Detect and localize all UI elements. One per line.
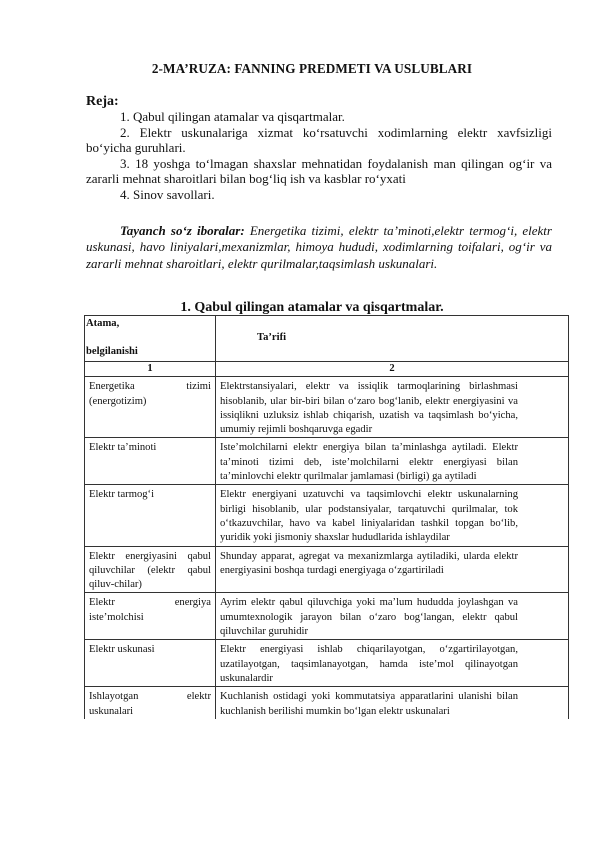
term-cell: Ishlayotgan elektr uskunalari	[85, 687, 216, 719]
definition-cell: Iste’molchilarni elektr energiya bilan t…	[216, 438, 569, 485]
table-row: Elektr ta’minoti Iste’molchilarni elektr…	[85, 438, 569, 485]
term-cell: Elektr energiya iste’molchisi	[85, 593, 216, 640]
term-cell: Elektr tarmog‘i	[85, 485, 216, 546]
header-term: Atama, belgilanishi	[85, 316, 216, 362]
definition-cell: Elektr energiyasi ishlab chiqarilayotgan…	[216, 640, 569, 687]
table-row: Elektr uskunasi Elektr energiyasi ishlab…	[85, 640, 569, 687]
term-cell: Elektr uskunasi	[85, 640, 216, 687]
plan-item: 2. Elektr uskunalariga xizmat ko‘rsatuvc…	[86, 125, 552, 156]
term-cell: Elektr energiyasini qabul qiluvchilar (e…	[85, 546, 216, 593]
definition-cell: Elektrstansiyalari, elektr va issiqlik t…	[216, 377, 569, 438]
lecture-title: 2-MA’RUZA: FANNING PREDMETI VA USLUBLARI	[0, 61, 596, 77]
table-row: Elektr tarmog‘i Elektr energiyani uzatuv…	[85, 485, 569, 546]
column-number: 1	[85, 362, 216, 377]
term-cell: Energetika tizimi (energotizim)	[85, 377, 216, 438]
plan-item: 3. 18 yoshga to‘lmagan shaxslar mehnatid…	[86, 156, 552, 187]
definition-cell: Shunday apparat, agregat va mexanizmlarg…	[216, 546, 569, 593]
plan-item: 1. Qabul qilingan atamalar va qisqartmal…	[86, 109, 552, 125]
definition-cell: Ayrim elektr qabul qiluvchiga yoki ma’lu…	[216, 593, 569, 640]
column-number: 2	[216, 362, 569, 377]
term-cell: Elektr ta’minoti	[85, 438, 216, 485]
plan-list: 1. Qabul qilingan atamalar va qisqartmal…	[86, 109, 552, 203]
table-row: Energetika tizimi (energotizim) Elektrst…	[85, 377, 569, 438]
table-row: Elektr energiyasini qabul qiluvchilar (e…	[85, 546, 569, 593]
definition-cell: Elektr energiyani uzatuvchi va taqsimlov…	[216, 485, 569, 546]
plan-label: Reja:	[86, 94, 119, 110]
definition-cell: Kuchlanish ostidagi yoki kommutatsiya ap…	[216, 687, 569, 719]
plan-item: 4. Sinov savollari.	[86, 187, 552, 203]
table-number-row: 1 2	[85, 362, 569, 377]
table-row: Elektr energiya iste’molchisi Ayrim elek…	[85, 593, 569, 640]
keywords-label: Tayanch so‘z iboralar:	[120, 223, 245, 238]
table-header-row: Atama, belgilanishi Ta’rifi	[85, 316, 569, 362]
terms-table: Atama, belgilanishi Ta’rifi 1 2 Energeti…	[84, 315, 569, 719]
header-definition: Ta’rifi	[216, 316, 569, 362]
table-row: Ishlayotgan elektr uskunalari Kuchlanish…	[85, 687, 569, 719]
section-title: 1. Qabul qilingan atamalar va qisqartmal…	[0, 300, 596, 316]
keywords-paragraph: Tayanch so‘z iboralar: Energetika tizimi…	[86, 223, 552, 272]
